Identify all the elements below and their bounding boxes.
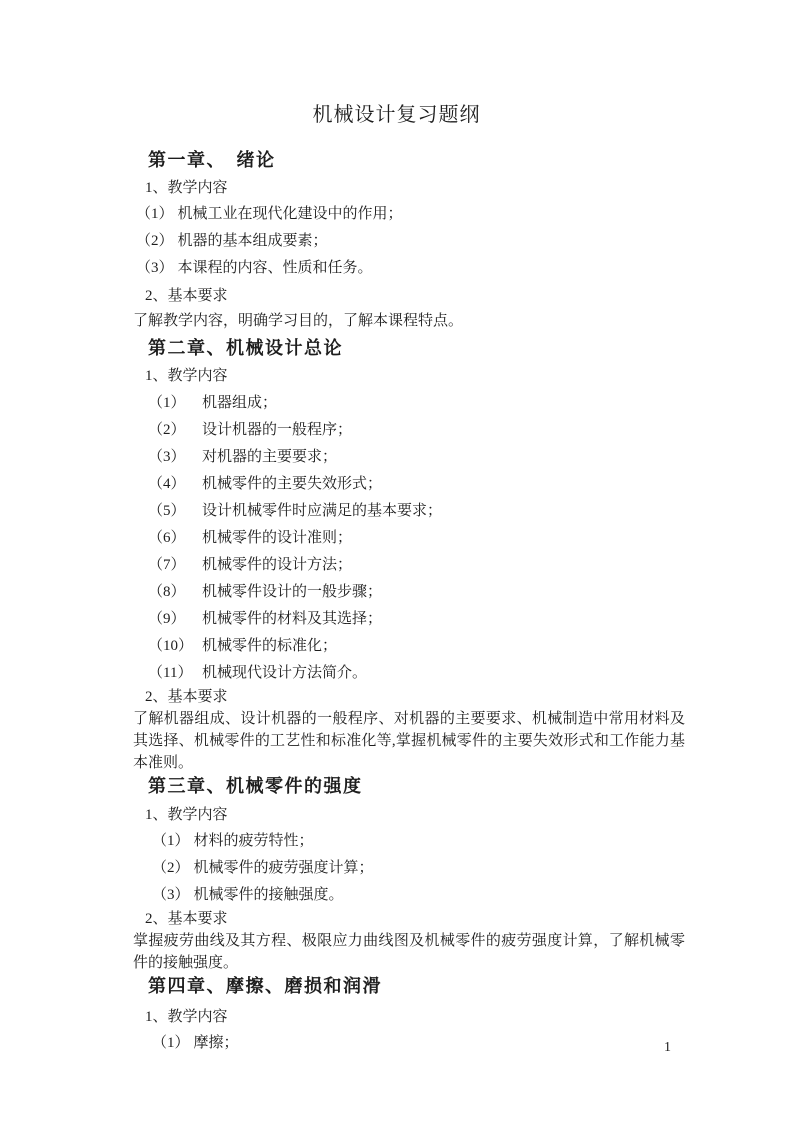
item-text: 机械零件的设计准则； (202, 530, 352, 546)
chapter-1-item-list: （1）机械工业在现代化建设中的作用； （2）机器的基本组成要素； （3）本课程的… (133, 203, 685, 279)
list-item: （1）机器组成； (148, 392, 685, 414)
item-number: （1） (148, 392, 202, 414)
list-item: （1）摩擦； (152, 1032, 685, 1054)
chapter-1-requirement-paragraph: 了解教学内容，明确学习目的，了解本课程特点。 (133, 310, 685, 332)
list-item: （8）机械零件设计的一般步骤； (148, 581, 685, 603)
item-text: 设计机器的一般程序； (202, 422, 352, 438)
item-number: （4） (148, 473, 202, 495)
chapter-1-heading: 第一章、 绪论 (148, 148, 685, 172)
item-text: 材料的疲劳特性； (194, 833, 314, 849)
list-item: （9）机械零件的材料及其选择； (148, 608, 685, 630)
list-item: （2）机械零件的疲劳强度计算； (152, 857, 685, 879)
chapter-1-requirement-label: 2、基本要求 (145, 285, 685, 307)
list-item: （3）机械零件的接触强度。 (152, 884, 685, 906)
list-item: （2）机器的基本组成要素； (136, 230, 685, 252)
item-text: 机械现代设计方法简介。 (202, 665, 367, 681)
item-number: （10） (148, 635, 202, 657)
item-text: 设计机械零件时应满足的基本要求； (202, 503, 442, 519)
item-number: （6） (148, 527, 202, 549)
chapter-1-content-label: 1、教学内容 (145, 177, 685, 199)
page-number: 1 (664, 1038, 671, 1058)
item-number: （3） (148, 446, 202, 468)
list-item: （1）材料的疲劳特性； (152, 830, 685, 852)
item-number: （1） (152, 833, 190, 849)
document-content: 机械设计复习题纲 第一章、 绪论 1、教学内容 （1）机械工业在现代化建设中的作… (0, 0, 793, 1054)
item-number: （2） (152, 860, 190, 876)
list-item: （11）机械现代设计方法简介。 (148, 662, 685, 684)
list-item: （6）机械零件的设计准则； (148, 527, 685, 549)
chapter-3-heading: 第三章、机械零件的强度 (148, 774, 685, 798)
item-number: （2） (148, 419, 202, 441)
item-number: （2） (136, 233, 174, 249)
page-title: 机械设计复习题纲 (0, 102, 793, 128)
item-number: （11） (148, 662, 202, 684)
list-item: （4）机械零件的主要失效形式； (148, 473, 685, 495)
chapter-2-item-list: （1）机器组成； （2）设计机器的一般程序； （3）对机器的主要要求； （4）机… (133, 392, 685, 684)
chapter-4-heading: 第四章、摩擦、磨损和润滑 (148, 974, 685, 998)
item-text: 机械零件的疲劳强度计算； (194, 860, 374, 876)
item-text: 摩擦； (194, 1035, 239, 1051)
list-item: （7）机械零件的设计方法； (148, 554, 685, 576)
chapter-2-content-label: 1、教学内容 (145, 365, 685, 387)
item-text: 机械零件设计的一般步骤； (202, 584, 382, 600)
item-number: （1） (152, 1035, 190, 1051)
item-text: 对机器的主要要求； (202, 449, 337, 465)
item-text: 机械零件的接触强度。 (194, 887, 344, 903)
chapter-4-content-label: 1、教学内容 (145, 1006, 685, 1028)
chapter-3-requirement-label: 2、基本要求 (145, 908, 685, 930)
chapter-3-content-label: 1、教学内容 (145, 804, 685, 826)
item-text: 机械零件的标准化； (202, 638, 337, 654)
item-number: （3） (136, 260, 174, 276)
item-text: 本课程的内容、性质和任务。 (178, 260, 373, 276)
item-number: （7） (148, 554, 202, 576)
list-item: （10）机械零件的标准化； (148, 635, 685, 657)
item-text: 机械零件的材料及其选择； (202, 611, 382, 627)
chapter-4-item-list: （1）摩擦； (133, 1032, 685, 1054)
item-number: （9） (148, 608, 202, 630)
item-number: （5） (148, 500, 202, 522)
item-text: 机器的基本组成要素； (178, 233, 328, 249)
item-text: 机械零件的设计方法； (202, 557, 352, 573)
chapter-2-requirement-label: 2、基本要求 (145, 686, 685, 708)
item-text: 机械零件的主要失效形式； (202, 476, 382, 492)
chapter-2-heading: 第二章、机械设计总论 (148, 336, 685, 360)
item-number: （8） (148, 581, 202, 603)
list-item: （3）对机器的主要要求； (148, 446, 685, 468)
item-number: （3） (152, 887, 190, 903)
chapter-2-requirement-paragraph: 了解机器组成、设计机器的一般程序、对机器的主要要求、机械制造中常用材料及其选择、… (133, 708, 685, 774)
list-item: （1）机械工业在现代化建设中的作用； (136, 203, 685, 225)
list-item: （2）设计机器的一般程序； (148, 419, 685, 441)
item-text: 机器组成； (202, 395, 277, 411)
item-number: （1） (136, 206, 174, 222)
item-text: 机械工业在现代化建设中的作用； (178, 206, 403, 222)
chapter-3-requirement-paragraph: 掌握疲劳曲线及其方程、极限应力曲线图及机械零件的疲劳强度计算，了解机械零件的接触… (133, 930, 685, 974)
document-page: 机械设计复习题纲 第一章、 绪论 1、教学内容 （1）机械工业在现代化建设中的作… (0, 0, 793, 1122)
list-item: （5）设计机械零件时应满足的基本要求； (148, 500, 685, 522)
chapter-3-item-list: （1）材料的疲劳特性； （2）机械零件的疲劳强度计算； （3）机械零件的接触强度… (133, 830, 685, 906)
list-item: （3）本课程的内容、性质和任务。 (136, 257, 685, 279)
